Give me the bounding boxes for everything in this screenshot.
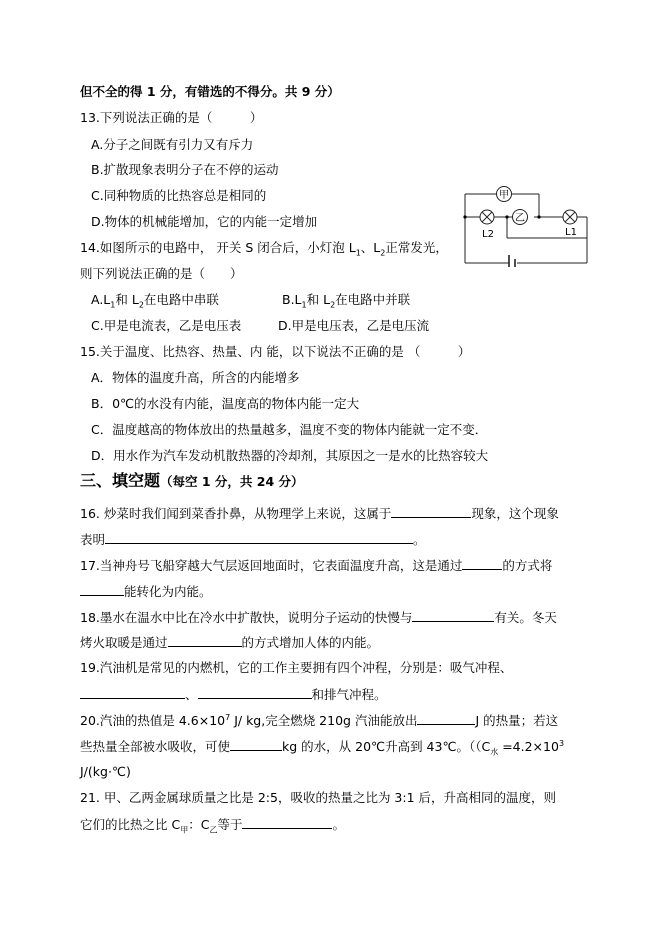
- q16-text: 现象，这个现象: [471, 506, 559, 521]
- lamp-l1-label: L1: [565, 227, 577, 238]
- q14-stem-text: 14.如图所示的电路中， 开关 S 闭合后，小灯泡 L: [80, 240, 356, 255]
- q16-text: 。: [413, 532, 426, 547]
- option-text: 在电路中并联: [335, 292, 410, 307]
- q20-line1: 20.汽油的热值是 4.6×107 J/ kg,完全燃烧 210g 汽油能放出J…: [80, 712, 558, 729]
- q17-blank-1[interactable]: [462, 557, 502, 570]
- q20-blank-2[interactable]: [230, 738, 282, 751]
- q13-option-b: B.扩散现象表明分子在不停的运动: [91, 162, 279, 178]
- q13-option-d: D.物体的机械能增加，它的内能一定增加: [91, 214, 317, 230]
- q14-stem: 14.如图所示的电路中， 开关 S 闭合后，小灯泡 L1、L2正常发光，: [80, 240, 448, 256]
- q17-line2: 能转化为内能。: [80, 583, 212, 600]
- lamp-l1-icon: L1: [563, 210, 577, 238]
- option-text: 在电路中串联: [144, 292, 219, 307]
- q19-line2: 、和排气冲程。: [80, 686, 387, 703]
- section-note: （每空 1 分，共 24 分）: [160, 474, 304, 489]
- q15-option-a: A．物体的温度升高，所含的内能增多: [91, 370, 300, 386]
- circuit-diagram: 甲 乙 L2 L1: [462, 183, 590, 267]
- q21-text: 它们的比热之比 C: [80, 817, 180, 832]
- q18-blank-2[interactable]: [168, 634, 242, 647]
- q17-line1: 17.当神舟号飞船穿越大气层返回地面时，它表面温度升高，这是通过的方式将: [80, 557, 552, 574]
- q20-text: J/ kg,完全燃烧 210g 汽油能放出: [230, 713, 417, 728]
- q21-line1: 21. 甲、乙两金属球质量之比是 2:5，吸收的热量之比为 3:1 后，升高相同…: [80, 790, 556, 806]
- q13-option-c: C.同种物质的比热容总是相同的: [91, 188, 266, 204]
- q21-line2: 它们的比热之比 C甲：C乙等于。: [80, 816, 345, 833]
- q16-blank-1[interactable]: [391, 505, 471, 518]
- q15-stem: 15.关于温度、比热容、热量、内 能，以下说法不正确的是 （ ）: [80, 344, 470, 360]
- q20-line3: J/(kg·℃): [80, 764, 131, 780]
- q14-option-d: D.甲是电压表，乙是电压流: [278, 318, 429, 334]
- q19-text: 和排气冲程。: [312, 687, 387, 702]
- meter-top-label: 甲: [499, 189, 509, 201]
- q18-text: 18.墨水在温水中比在冷水中扩散快，说明分子运动的快慢与: [80, 610, 412, 625]
- q19-line1: 19.汽油机是常见的内燃机，它的工作主要拥有四个冲程，分别是：吸气冲程、: [80, 660, 512, 676]
- q15-option-d: D．用水作为汽车发动机散热器的冷却剂，其原因之一是水的比热容较大: [91, 448, 488, 464]
- q14-stem-text: 正常发光，: [385, 240, 448, 255]
- q14-option-a: A.L1和 L2在电路中串联: [91, 292, 219, 308]
- superscript: 3: [559, 739, 564, 748]
- q20-text: 20.汽油的热值是 4.6×10: [80, 713, 225, 728]
- option-text: 和 L: [115, 292, 138, 307]
- scoring-note: 但不全的得 1 分，有错选的不得分。共 9 分）: [80, 84, 340, 100]
- q14-option-c: C.甲是电流表，乙是电压表: [91, 318, 241, 334]
- section-title: 三、填空题: [80, 471, 160, 490]
- q18-text: 有关。冬天: [494, 610, 557, 625]
- meter-yi-icon: 乙: [513, 210, 528, 225]
- q14-stem-line2: 则下列说法正确的是（ ）: [80, 266, 243, 282]
- option-text: B.L: [282, 292, 302, 307]
- q20-text: kg 的水，从 20℃升高到 43℃。（（C: [282, 739, 490, 754]
- option-text: A.L: [91, 292, 110, 307]
- q18-line2: 烤火取暖是通过的方式增加人体的内能。: [80, 634, 379, 651]
- q18-blank-1[interactable]: [412, 609, 494, 622]
- meter-mid-label: 乙: [515, 212, 525, 224]
- q21-text: ：C: [188, 817, 209, 832]
- q19-text: 、: [185, 687, 198, 702]
- lamp-l2-icon: L2: [480, 210, 494, 240]
- q20-blank-1[interactable]: [417, 712, 475, 725]
- subscript: 甲: [180, 826, 188, 835]
- q13-stem: 13.下列说法正确的是（ ）: [80, 110, 262, 126]
- q18-text: 的方式增加人体的内能。: [242, 635, 380, 650]
- q19-blank-2[interactable]: [198, 686, 312, 699]
- q16-blank-2[interactable]: [105, 531, 413, 544]
- q17-blank-2[interactable]: [80, 583, 124, 596]
- lamp-l2-label: L2: [482, 229, 494, 240]
- q16-line1: 16. 炒菜时我们闻到菜香扑鼻，从物理学上来说，这属于现象，这个现象: [80, 505, 559, 522]
- q21-text: 。: [332, 817, 345, 832]
- q18-text: 烤火取暖是通过: [80, 635, 168, 650]
- section-heading: 三、填空题（每空 1 分，共 24 分）: [80, 471, 304, 492]
- q15-option-b: B．0℃的水没有内能，温度高的物体内能一定大: [91, 396, 359, 412]
- option-text: 和 L: [307, 292, 330, 307]
- q18-line1: 18.墨水在温水中比在冷水中扩散快，说明分子运动的快慢与有关。冬天: [80, 609, 557, 626]
- meter-jia-icon: 甲: [497, 187, 512, 202]
- q20-line2: 些热量全部被水吸收，可使kg 的水，从 20℃升高到 43℃。（（C水 =4.2…: [80, 738, 564, 755]
- q17-text: 的方式将: [502, 558, 552, 573]
- q21-blank[interactable]: [242, 816, 332, 829]
- q19-blank-1[interactable]: [80, 686, 185, 699]
- q16-line2: 表明。: [80, 531, 426, 548]
- q15-option-c: C．温度越高的物体放出的热量越多，温度不变的物体内能就一定不变．: [91, 422, 487, 438]
- q17-text: 17.当神舟号飞船穿越大气层返回地面时，它表面温度升高，这是通过: [80, 558, 462, 573]
- q16-text: 16. 炒菜时我们闻到菜香扑鼻，从物理学上来说，这属于: [80, 506, 391, 521]
- q20-text: 些热量全部被水吸收，可使: [80, 739, 230, 754]
- q17-text: 能转化为内能。: [124, 584, 212, 599]
- q14-option-b: B.L1和 L2在电路中并联: [282, 292, 410, 308]
- q13-option-a: A.分子之间既有引力又有斥力: [91, 137, 253, 153]
- q20-text: =4.2×10: [498, 739, 559, 754]
- q16-text: 表明: [80, 532, 105, 547]
- q14-stem-text: 、L: [361, 240, 380, 255]
- q21-text: 等于: [217, 817, 242, 832]
- q20-text: J 的热量；若这: [475, 713, 558, 728]
